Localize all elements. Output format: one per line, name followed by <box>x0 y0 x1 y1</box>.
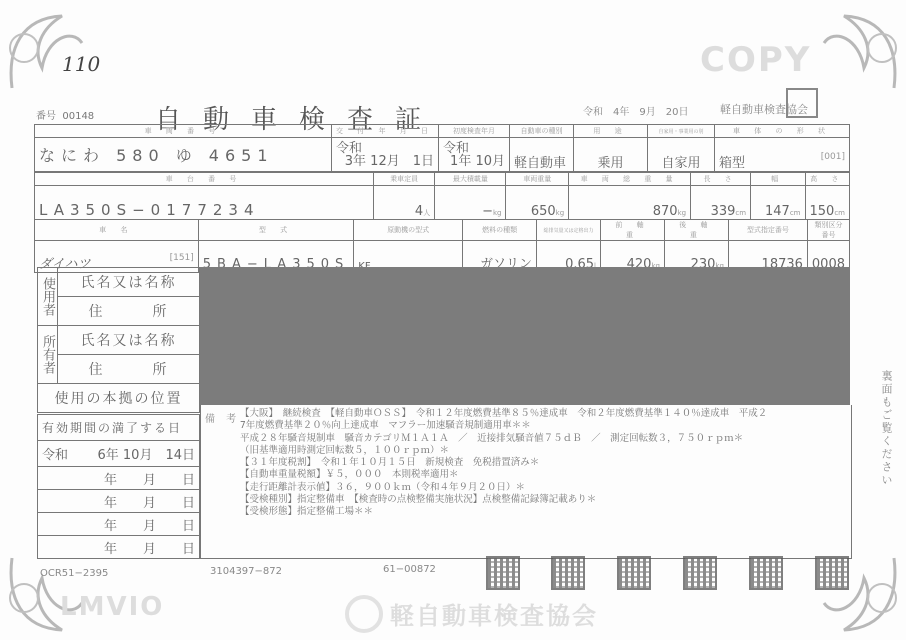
expiry-table: 有効期間の満了する日 令和6年 10月 14日 年 月 日 年 月 日 年 月 … <box>37 414 200 559</box>
qr-code-2 <box>551 556 585 590</box>
qr-code-5 <box>749 556 783 590</box>
vehicle-weight-value: 650 <box>531 204 556 219</box>
hdr-fuel: 燃料の種類 <box>463 220 537 241</box>
hdr-registration: 車 両 番 号 <box>35 125 332 138</box>
vehicle-weight: 650kg <box>506 186 569 220</box>
body-shape: 箱型 [001] <box>715 138 850 172</box>
vehicle-class: 軽自動車 <box>510 138 574 172</box>
model-table: 車 名 型 式 原動機の型式 燃料の種類 総排気量又は定格出力 前 軸 重 後 … <box>34 219 850 273</box>
purpose: 乗用 <box>574 138 648 172</box>
height: 150cm <box>805 186 850 220</box>
footer-watermark-left: LMVIO <box>60 592 164 622</box>
remarks-label: 備 考 <box>205 410 240 425</box>
hdr-chassis: 車 台 番 号 <box>35 173 374 186</box>
user-name-label: 氏名又は名称 <box>58 268 200 297</box>
corner-ornament-top-right <box>814 8 904 98</box>
capacity-unit: 人 <box>423 209 430 217</box>
user-label: 使用者 <box>38 268 58 326</box>
qr-code-3 <box>617 556 651 590</box>
hdr-issue-date: 交 付 年 月 日 <box>332 125 439 138</box>
expiry-date: 令和6年 10月 14日 <box>38 441 200 467</box>
hdr-type-designation: 型式指定番号 <box>728 220 807 241</box>
body-code: [001] <box>821 152 845 162</box>
hdr-vehicle-class: 自動車の種別 <box>510 125 574 138</box>
association-logo-icon <box>345 595 383 633</box>
hdr-length: 長 さ <box>691 173 751 186</box>
hdr-displacement: 総排気量又は定格出力 <box>537 220 601 241</box>
blank-date-1: 年 月 日 <box>38 467 200 490</box>
footer-code-2: 3104397−872 <box>210 566 282 577</box>
use-type: 自家用 <box>648 138 715 172</box>
serial-value: 00148 <box>62 111 94 122</box>
footer-code-3: 61−00872 <box>383 564 436 575</box>
ocr-code: OCR51−2395 <box>40 568 108 579</box>
blank-date-2: 年 月 日 <box>38 490 200 513</box>
official-seal <box>786 88 818 118</box>
expiry-date-value: 6年 10月 14日 <box>98 444 196 463</box>
owner-address-label: 住 所 <box>58 355 200 384</box>
chassis-table: 車 台 番 号 乗車定員 最大積載量 車両重量 車 両 総 重 量 長 さ 幅 … <box>34 172 850 220</box>
owner-label-text: 所有者 <box>40 335 55 374</box>
issue-era: 令和 <box>336 142 434 155</box>
blank-date-4: 年 月 日 <box>38 536 200 559</box>
issue-date-stamp: 令和 4年 9月 20日 <box>583 103 688 118</box>
remarks-text: 【大阪】 継続検査 【軽自動車ＯＳＳ】 令和１２年度燃費基準８５％達成車 令和２… <box>240 408 767 519</box>
user-address-label: 住 所 <box>58 297 200 326</box>
registration-table: 車 両 番 号 交 付 年 月 日 初度検査年月 自動車の種別 用 途 自家用・… <box>34 124 850 172</box>
chassis-number: LA350S−0177234 <box>35 186 374 220</box>
gross-weight-value: 870 <box>653 204 678 219</box>
gross-weight: 870kg <box>569 186 691 220</box>
copy-watermark: COPY <box>700 40 811 80</box>
owner-name-label: 氏名又は名称 <box>58 326 200 355</box>
length-value: 339 <box>711 204 736 219</box>
hdr-front-axle: 前 軸 重 <box>600 220 664 241</box>
capacity: 4人 <box>374 186 435 220</box>
width-unit: cm <box>790 209 801 217</box>
hdr-width: 幅 <box>751 173 805 186</box>
max-load: −kg <box>435 186 506 220</box>
hdr-purpose: 用 途 <box>574 125 648 138</box>
hdr-model: 型 式 <box>198 220 353 241</box>
qr-code-1 <box>486 556 520 590</box>
hdr-gross-weight: 車 両 総 重 量 <box>569 173 691 186</box>
hdr-height: 高 さ <box>805 173 850 186</box>
hdr-maker: 車 名 <box>35 220 199 241</box>
blank-date-3: 年 月 日 <box>38 513 200 536</box>
hdr-first-reg: 初度検査年月 <box>439 125 510 138</box>
redacted-owner-info <box>200 267 850 405</box>
hdr-max-load: 最大積載量 <box>435 173 506 186</box>
issue-date: 3年 12月 1日 <box>336 155 434 168</box>
capacity-value: 4 <box>415 204 423 219</box>
expiry-era: 令和 <box>42 448 68 463</box>
max-load-value: − <box>482 204 493 219</box>
registration-number: なにわ 580 ゆ 4651 <box>35 138 332 172</box>
max-load-unit: kg <box>493 209 502 217</box>
width-value: 147 <box>765 204 790 219</box>
expiry-label: 有効期間の満了する日 <box>38 415 200 441</box>
vehicle-weight-unit: kg <box>556 209 565 217</box>
gross-weight-unit: kg <box>678 209 687 217</box>
owner-label: 所有者 <box>38 326 58 384</box>
hdr-engine: 原動機の型式 <box>354 220 463 241</box>
base-location-label: 使用の本拠の位置 <box>38 384 200 413</box>
first-reg-value: 令和 1年 10月 <box>439 138 510 172</box>
hdr-category-number: 類別区分番号 <box>807 220 849 241</box>
handwritten-number: 110 <box>62 52 100 76</box>
serial-label: 番号 <box>36 111 56 122</box>
height-unit: cm <box>834 209 845 217</box>
issue-date-value: 令和 3年 12月 1日 <box>332 138 439 172</box>
hdr-capacity: 乗車定員 <box>374 173 435 186</box>
maker-code: [151] <box>170 253 194 263</box>
hdr-body-shape: 車 体 の 形 状 <box>715 125 850 138</box>
side-note: 裏面もご覧ください <box>878 370 894 487</box>
length-unit: cm <box>735 209 746 217</box>
hdr-use-type: 自家用・事業用の別 <box>648 125 715 138</box>
qr-code-4 <box>683 556 717 590</box>
first-reg-date: 1年 10月 <box>443 155 505 168</box>
user-label-text: 使用者 <box>40 277 55 316</box>
footer-watermark-center: 軽自動車検査協会 <box>390 596 598 631</box>
body-shape-value: 箱型 <box>719 156 745 171</box>
width: 147cm <box>751 186 805 220</box>
serial-number: 番号 00148 <box>36 107 94 122</box>
height-value: 150 <box>810 204 835 219</box>
hdr-vehicle-weight: 車両重量 <box>506 173 569 186</box>
first-reg-era: 令和 <box>443 142 505 155</box>
qr-code-6 <box>815 556 849 590</box>
owner-table: 使用者 氏名又は名称 住 所 所有者 氏名又は名称 住 所 使用の本拠の位置 <box>37 267 200 413</box>
hdr-rear-axle: 後 軸 重 <box>664 220 728 241</box>
length: 339cm <box>691 186 751 220</box>
